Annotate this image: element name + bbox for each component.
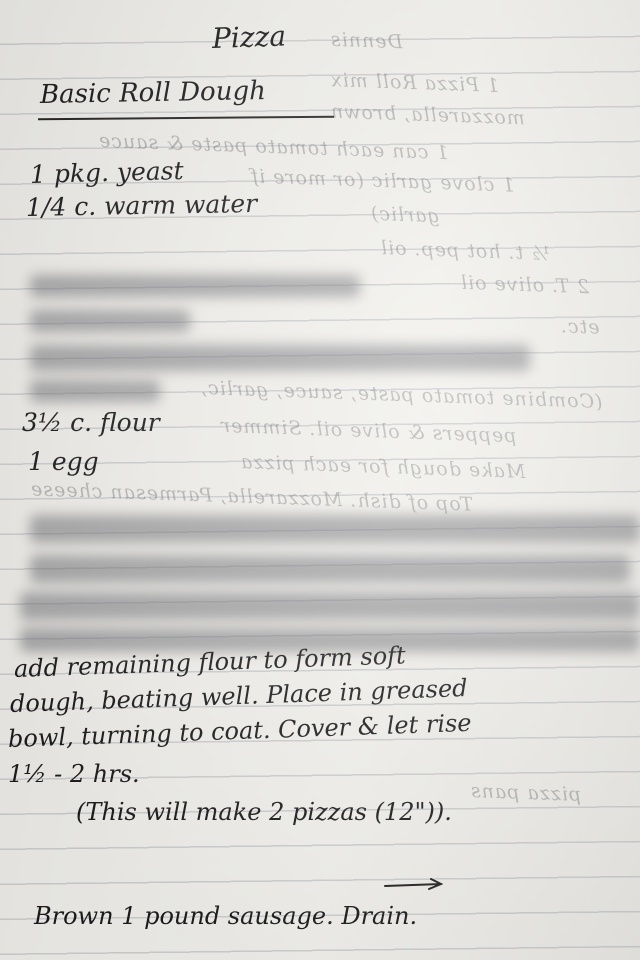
ingredient-line: 3½ c. flour [22,408,160,437]
recipe-title: Pizza [211,19,286,55]
bleed-through-line: pizza pans [470,780,582,806]
instruction-line: 1½ - 2 hrs. [8,760,140,788]
yield-note: (This will make 2 pizzas (12")). [76,798,452,826]
recipe-subtitle: Basic Roll Dough [40,76,266,110]
blurred-text [30,275,360,297]
blurred-text [30,555,630,583]
bleed-through-line: garlic) [370,203,441,227]
blurred-text [30,515,640,543]
ingredient-line: 1/4 c. warm water [26,189,258,222]
right-arrow-icon [383,878,443,890]
bleed-through-line: Dennis [330,29,404,54]
blurred-text [30,310,190,332]
ingredient-line: 1 pkg. yeast [30,156,184,189]
blurred-text [30,345,530,371]
bleed-through-line: etc. [560,315,600,338]
ingredient-line: 1 egg [28,447,99,476]
bleed-through-line: 2 T. olive oil [460,272,590,298]
next-step-line: Brown 1 pound sausage. Drain. [34,902,417,930]
blurred-text [20,592,640,620]
blurred-text [30,380,160,402]
